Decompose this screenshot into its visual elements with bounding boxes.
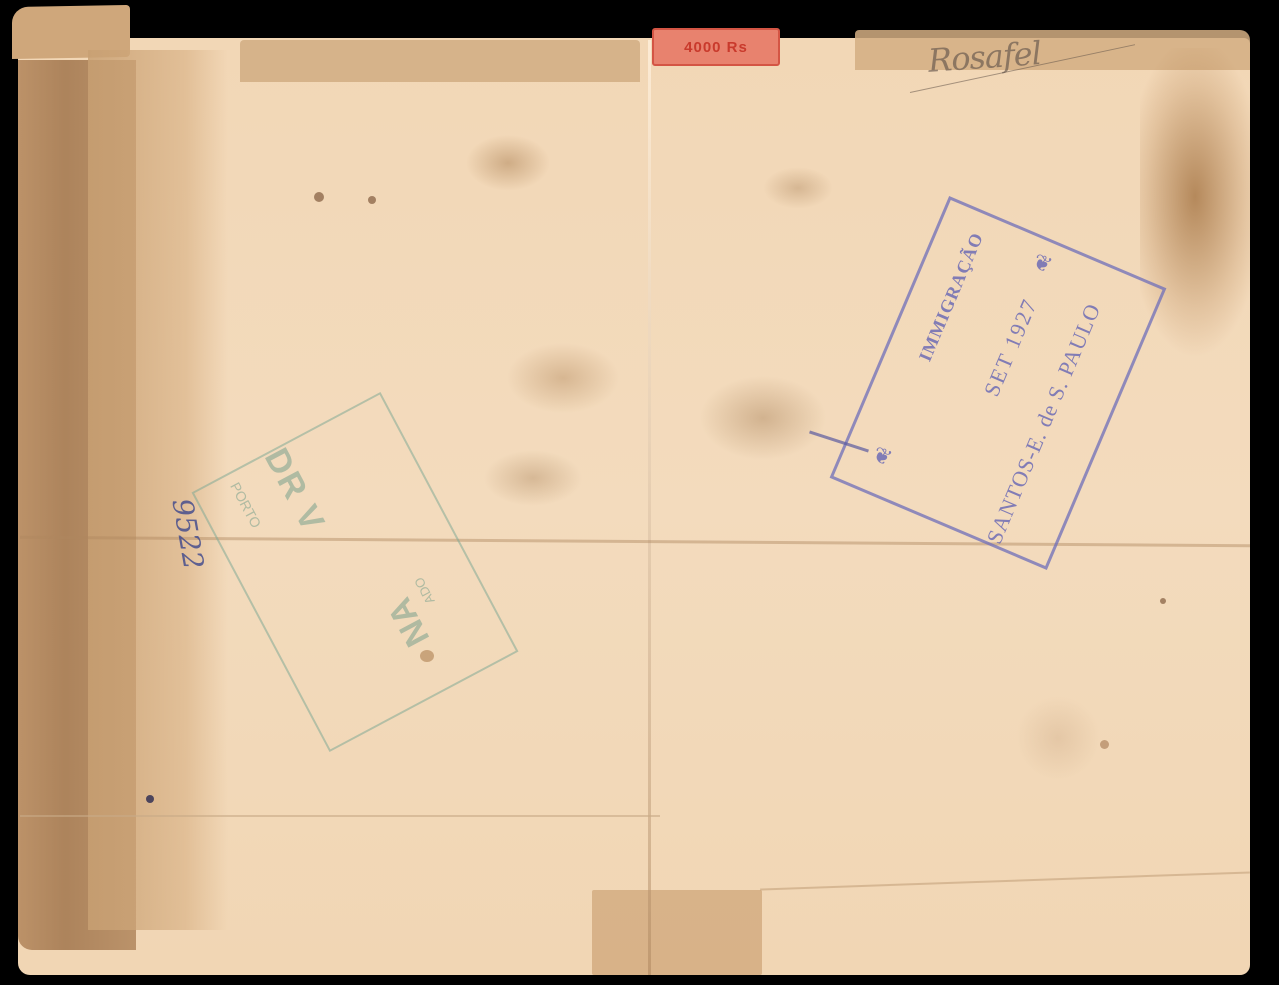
green-stamp-line1: DR V (256, 442, 332, 539)
stain-spot (1100, 740, 1109, 749)
ornament-icon: ❦ (1029, 248, 1056, 279)
green-stamp-line2: PORTO (227, 480, 264, 531)
ornament-icon: ❦ (869, 441, 896, 472)
lower-crease-left (20, 815, 660, 817)
ink-spot (368, 196, 376, 204)
ink-spot (314, 192, 324, 202)
vertical-fold-line (648, 40, 651, 975)
immigration-stamp-date: SET 1927 (979, 294, 1044, 400)
signature: Rosafel (927, 34, 1042, 80)
tape-strip-top-left (240, 40, 640, 82)
water-stain-right (1140, 48, 1250, 378)
revenue-stamp: 4000 Rs (652, 28, 780, 66)
ink-spot (146, 795, 154, 803)
revenue-stamp-value: 4000 Rs (684, 39, 748, 56)
tape-strip-bottom (592, 890, 762, 975)
immigration-stamp-title: IMMIGRAÇÃO (915, 229, 988, 364)
ink-spot (1160, 598, 1166, 604)
